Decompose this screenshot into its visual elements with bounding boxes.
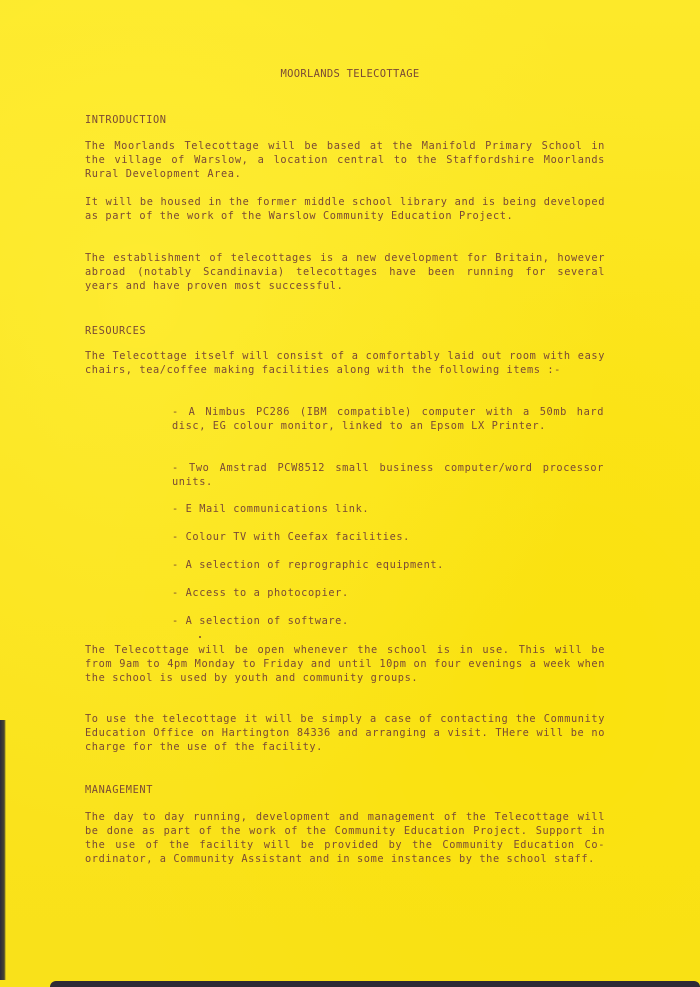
paragraph: The Telecottage itself will consist of a… xyxy=(85,349,605,377)
document-title: MOORLANDS TELECOTTAGE xyxy=(0,68,700,80)
page-edge-shadow-bottom xyxy=(50,981,700,987)
paragraph: To use the telecottage it will be simply… xyxy=(85,712,605,754)
resources-paragraph-hours: The Telecottage will be open whenever th… xyxy=(85,643,605,685)
resources-paragraph-contact: To use the telecottage it will be simply… xyxy=(85,712,605,754)
resource-item: - A selection of software. xyxy=(172,614,604,628)
heading-resources: RESOURCES xyxy=(85,324,605,338)
resource-item: - E Mail communications link. xyxy=(172,502,604,516)
section-heading: INTRODUCTION xyxy=(85,113,605,127)
resource-item: - Access to a photocopier. xyxy=(172,586,604,600)
paragraph: The day to day running, development and … xyxy=(85,810,605,866)
paragraph: The Moorlands Telecottage will be based … xyxy=(85,139,605,181)
paragraph: The Telecottage will be open whenever th… xyxy=(85,643,605,685)
paragraph: It will be housed in the former middle s… xyxy=(85,195,605,223)
resource-item: - A Nimbus PC286 (IBM compatible) comput… xyxy=(172,405,604,433)
section-heading: RESOURCES xyxy=(85,324,605,338)
resource-item: - Two Amstrad PCW8512 small business com… xyxy=(172,461,604,489)
paragraph: The establishment of telecottages is a n… xyxy=(85,251,605,293)
page-edge-shadow-left xyxy=(0,720,6,980)
resource-item: - A selection of reprographic equipment. xyxy=(172,558,604,572)
management-paragraph: The day to day running, development and … xyxy=(85,810,605,866)
intro-paragraph-3: The establishment of telecottages is a n… xyxy=(85,251,605,293)
resources-intro: The Telecottage itself will consist of a… xyxy=(85,349,605,377)
heading-introduction: INTRODUCTION xyxy=(85,113,605,127)
heading-management: MANAGEMENT xyxy=(85,783,605,797)
stray-ink-mark xyxy=(199,636,201,638)
resource-item: - Colour TV with Ceefax facilities. xyxy=(172,530,604,544)
intro-paragraph-2: It will be housed in the former middle s… xyxy=(85,195,605,223)
intro-paragraph-1: The Moorlands Telecottage will be based … xyxy=(85,139,605,181)
section-heading: MANAGEMENT xyxy=(85,783,605,797)
